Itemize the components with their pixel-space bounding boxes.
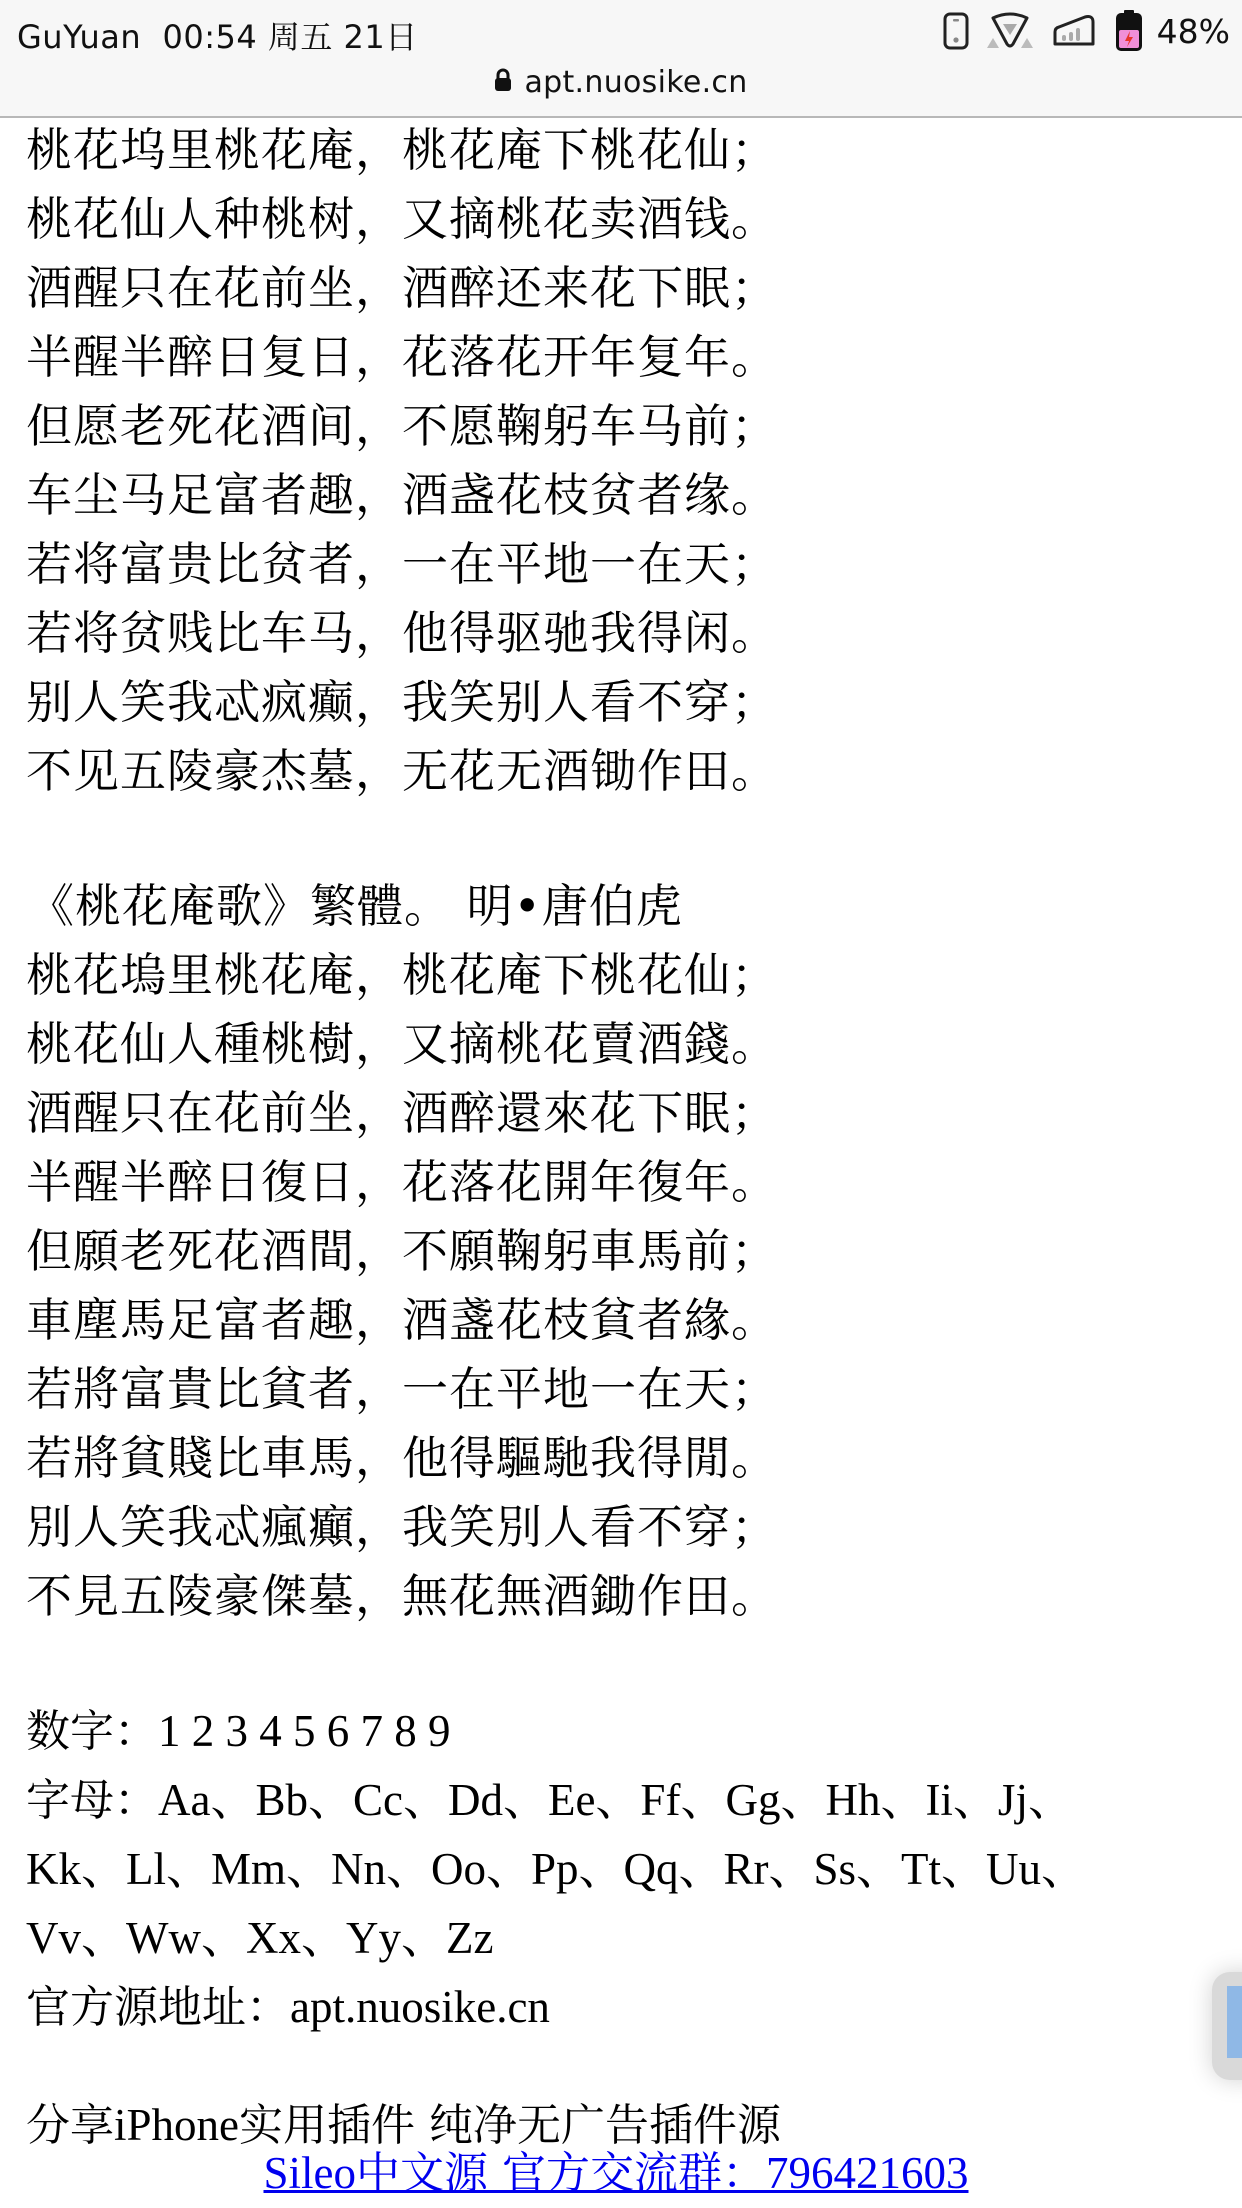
poem-line: 別人笑我忒瘋癲，我笑別人看不穿； (26, 1493, 1206, 1562)
spacer (26, 806, 1206, 872)
poem-line: 若將富貴比貧者，一在平地一在天； (26, 1355, 1206, 1424)
battery-charging-icon (1115, 10, 1143, 52)
floating-assistive-handle[interactable] (1212, 1972, 1242, 2080)
poem-simplified: 桃花坞里桃花庵，桃花庵下桃花仙； 桃花仙人种桃树，又摘桃花卖酒钱。 酒醒只在花前… (26, 116, 1206, 806)
weekday: 周五 (268, 18, 333, 56)
poem-line: 半醒半醉日復日，花落花開年復年。 (26, 1148, 1206, 1217)
poem-line: 酒醒只在花前坐，酒醉還來花下眠； (26, 1079, 1206, 1148)
spacer (26, 1631, 1206, 1697)
digits-sample: 数字：1 2 3 4 5 6 7 8 9 (26, 1697, 1206, 1766)
source-address: 官方源地址：apt.nuosike.cn (26, 1973, 1206, 2042)
letters-sample-cont: Vv、Ww、Xx、Yy、Zz (26, 1904, 1206, 1973)
link-number: 796421603 (766, 2148, 969, 2198)
group-link[interactable]: Sileo中文源 官方交流群：796421603 (263, 2148, 968, 2198)
handle-bar (1227, 1986, 1242, 2058)
poem-line: 桃花仙人種桃樹，又摘桃花賣酒錢。 (26, 1010, 1206, 1079)
poem-line: 桃花塢里桃花庵，桃花庵下桃花仙； (26, 941, 1206, 1010)
poem-title: 《桃花庵歌》繁體。 明•唐伯虎 (26, 872, 1206, 941)
status-bar-left: GuYuan 00:54 周五 21日 (17, 12, 418, 58)
url-text[interactable]: apt.nuosike.cn (524, 65, 747, 100)
link-cjk: 中文源 官方交流群： (356, 2148, 766, 2199)
group-link-container: Sileo中文源 官方交流群：796421603 (26, 2140, 1206, 2207)
digits-value: 1 2 3 4 5 6 7 8 9 (158, 1706, 451, 1756)
poem-line: 若将贫贱比车马，他得驱驰我得闲。 (26, 599, 1206, 668)
browser-top-bar: GuYuan 00:54 周五 21日 48% apt.nuosike.cn (0, 0, 1242, 118)
letters-label: 字母： (26, 1775, 158, 1826)
vpn-icon (987, 12, 1033, 50)
source-label: 官方源地址： (26, 1982, 290, 2033)
poem-line: 桃花仙人种桃树，又摘桃花卖酒钱。 (26, 185, 1206, 254)
signal-icon (1051, 14, 1097, 48)
source-url: apt.nuosike.cn (290, 1982, 550, 2032)
spacer (26, 2042, 1206, 2091)
poem-line: 半醒半醉日复日，花落花开年复年。 (26, 323, 1206, 392)
letters-sample-cont: Kk、Ll、Mm、Nn、Oo、Pp、Qq、Rr、Ss、Tt、Uu、 (26, 1835, 1206, 1904)
poem-line: 若将富贵比贫者，一在平地一在天； (26, 530, 1206, 599)
lock-icon (494, 68, 512, 96)
poem-line: 車塵馬足富者趣，酒盞花枝貧者緣。 (26, 1286, 1206, 1355)
poem-line: 别人笑我忒疯癫，我笑别人看不穿； (26, 668, 1206, 737)
font-samples: 数字：1 2 3 4 5 6 7 8 9 字母：Aa、Bb、Cc、Dd、Ee、F… (26, 1697, 1206, 2042)
poem-line: 若將貧賤比車馬，他得驅馳我得閒。 (26, 1424, 1206, 1493)
poem-line: 但願老死花酒間，不願鞠躬車馬前； (26, 1217, 1206, 1286)
poem-line: 桃花坞里桃花庵，桃花庵下桃花仙； (26, 116, 1206, 185)
letters-sample: 字母：Aa、Bb、Cc、Dd、Ee、Ff、Gg、Hh、Ii、Jj、 (26, 1766, 1206, 1835)
address-bar[interactable]: apt.nuosike.cn (0, 62, 1242, 102)
phone-icon (943, 12, 969, 50)
battery-percent: 48% (1157, 12, 1230, 51)
clock-time: 00:54 (162, 18, 257, 56)
status-bar-right: 48% (943, 10, 1230, 52)
poem-traditional: 《桃花庵歌》繁體。 明•唐伯虎 桃花塢里桃花庵，桃花庵下桃花仙； 桃花仙人種桃樹… (26, 872, 1206, 1631)
date: 21日 (344, 18, 418, 56)
poem-line: 车尘马足富者趣，酒盏花枝贫者缘。 (26, 461, 1206, 530)
digits-label: 数字： (26, 1706, 158, 1757)
page-content: 桃花坞里桃花庵，桃花庵下桃花仙； 桃花仙人种桃树，又摘桃花卖酒钱。 酒醒只在花前… (26, 116, 1206, 2160)
poem-line: 不見五陵豪傑墓，無花無酒鋤作田。 (26, 1562, 1206, 1631)
poem-line: 但愿老死花酒间，不愿鞠躬车马前； (26, 392, 1206, 461)
link-latin: Sileo (263, 2148, 356, 2198)
letters-value: Aa、Bb、Cc、Dd、Ee、Ff、Gg、Hh、Ii、Jj、 (158, 1775, 1073, 1825)
poem-line: 不见五陵豪杰墓，无花无酒锄作田。 (26, 737, 1206, 806)
carrier-name: GuYuan (17, 18, 141, 56)
poem-line: 酒醒只在花前坐，酒醉还来花下眠； (26, 254, 1206, 323)
